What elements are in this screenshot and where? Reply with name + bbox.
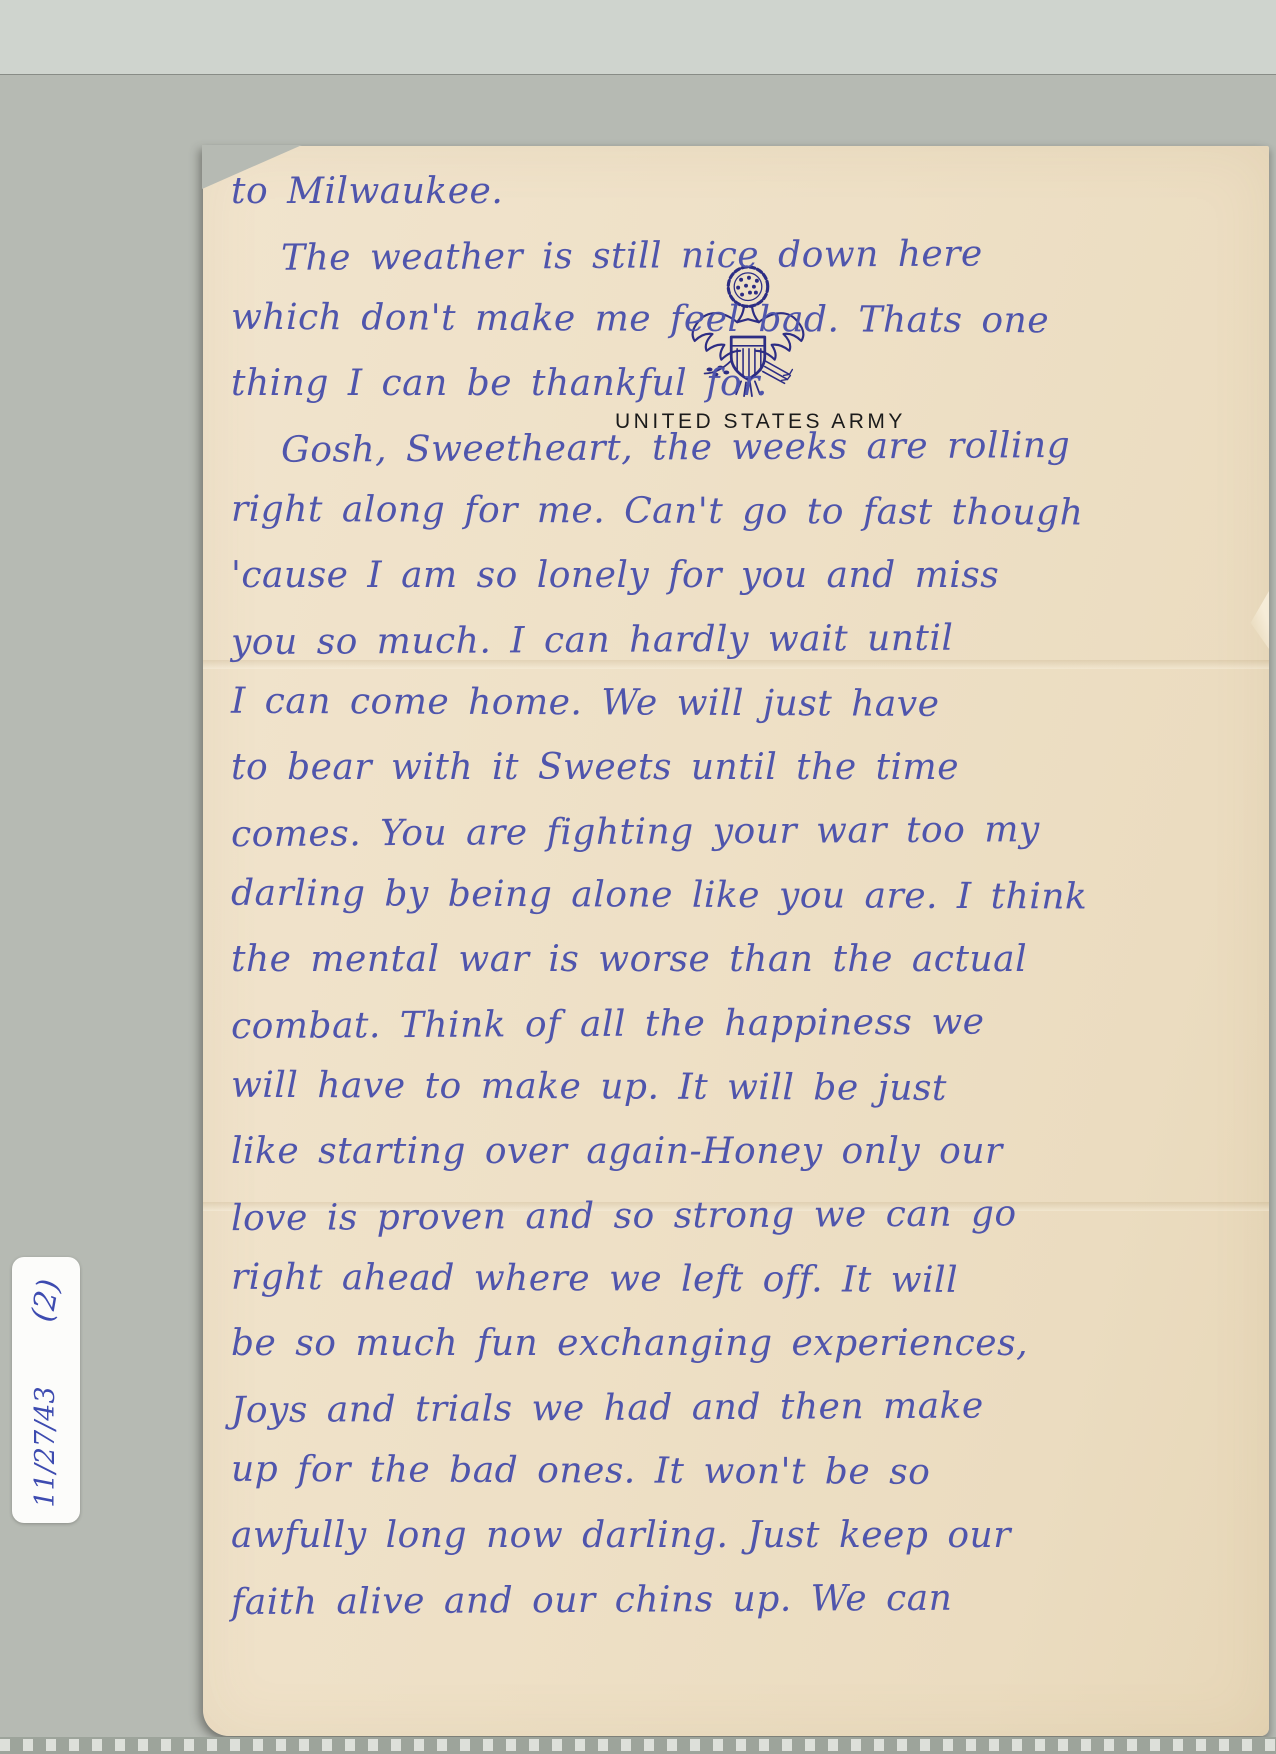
letter-line: combat. Think of all the happiness we bbox=[231, 989, 1245, 1059]
letter-body: to Milwaukee.The weather is still nice d… bbox=[231, 160, 1245, 1632]
letter-line: I can come home. We will just have bbox=[231, 670, 1245, 738]
letter-line: Joys and trials we had and then make bbox=[231, 1373, 1245, 1443]
scanned-letter-scene: UNITED STATES ARMY to Milwaukee.The weat… bbox=[0, 0, 1276, 1754]
letter-line: like starting over again-Honey only our bbox=[231, 1120, 1245, 1184]
letter-line: the mental war is worse than the actual bbox=[231, 928, 1245, 992]
letter-line: faith alive and our chins up. We can bbox=[231, 1565, 1245, 1635]
letter-line: to bear with it Sweets until the time bbox=[231, 736, 1245, 800]
letter-line: comes. You are fighting your war too my bbox=[231, 797, 1245, 867]
letter-line: 'cause I am so lonely for you and miss bbox=[231, 544, 1245, 608]
letter-line: up for the bad ones. It won't be so bbox=[231, 1438, 1245, 1506]
letter-line: be so much fun exchanging experiences, bbox=[231, 1312, 1245, 1376]
letter-line: The weather is still nice down here bbox=[231, 221, 1245, 291]
letter-line: love is proven and so strong we can go bbox=[231, 1181, 1245, 1251]
filmstrip-edge bbox=[0, 1737, 1276, 1754]
letter-line: thing I can be thankful for. bbox=[231, 352, 1245, 416]
letter-line: darling by being alone like you are. I t… bbox=[231, 862, 1245, 930]
letter-paper: UNITED STATES ARMY to Milwaukee.The weat… bbox=[203, 146, 1269, 1736]
archive-date: 11/27/43 bbox=[26, 1357, 66, 1537]
letter-line: awfully long now darling. Just keep our bbox=[231, 1504, 1245, 1568]
letter-line: right along for me. Can't go to fast tho… bbox=[231, 478, 1245, 546]
paper-edge-tear bbox=[1249, 591, 1269, 649]
letter-line: will have to make up. It will be just bbox=[231, 1054, 1245, 1122]
scanner-top-band bbox=[0, 0, 1276, 75]
letter-line: you so much. I can hardly wait until bbox=[231, 605, 1245, 675]
archive-page-number: (2) bbox=[23, 1264, 69, 1337]
letter-line: right ahead where we left off. It will bbox=[231, 1246, 1245, 1314]
letter-line: to Milwaukee. bbox=[231, 160, 1245, 224]
letter-line: which don't make me feel bad. Thats one bbox=[231, 286, 1245, 354]
archive-label: (2) 11/27/43 bbox=[12, 1257, 80, 1523]
letter-line: Gosh, Sweetheart, the weeks are rolling bbox=[231, 413, 1245, 483]
